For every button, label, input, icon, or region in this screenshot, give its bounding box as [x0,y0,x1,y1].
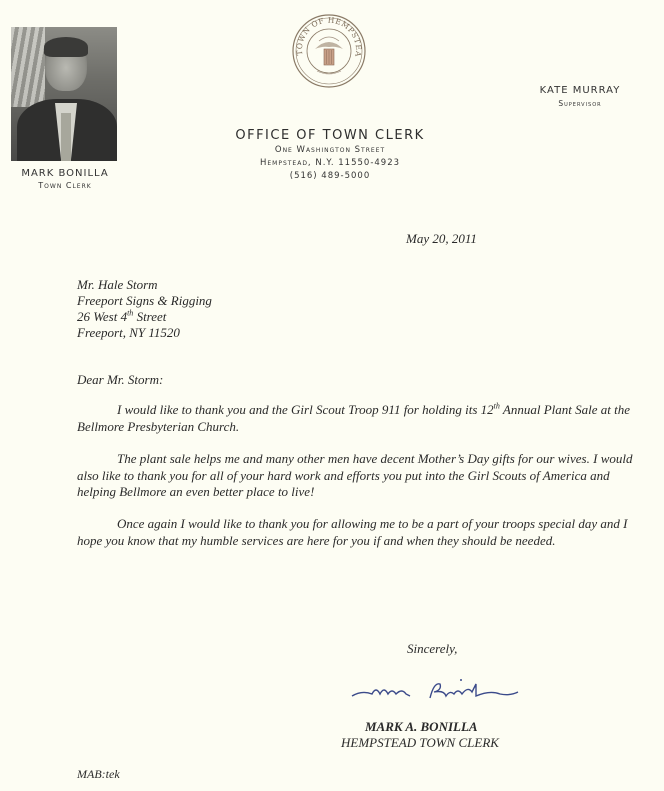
official-title: Town Clerk [0,181,130,190]
handwritten-signature [350,676,520,706]
paragraph-1: I would like to thank you and the Girl S… [77,402,637,435]
supervisor-title: Supervisor [520,99,640,108]
typist-initials: MAB:tek [77,767,120,782]
letter-date: May 20, 2011 [406,231,477,247]
office-street: One Washington Street [200,145,460,155]
salutation: Dear Mr. Storm: [77,372,163,388]
signer-title: HEMPSTEAD TOWN CLERK [341,735,499,751]
signer-name: MARK A. BONILLA [365,719,478,735]
town-seal-icon: TOWN OF HEMPSTEAD N.Y. [291,13,367,89]
supervisor-name: KATE MURRAY [520,85,640,96]
paragraph-2: The plant sale helps me and many other m… [77,451,637,501]
recipient-street: 26 West 4th Street [77,309,212,325]
recipient-address: Mr. Hale Storm Freeport Signs & Rigging … [77,277,212,341]
recipient-company: Freeport Signs & Rigging [77,293,212,309]
recipient-name: Mr. Hale Storm [77,277,212,293]
paragraph-3: Once again I would like to thank you for… [77,516,637,549]
closing: Sincerely, [407,641,457,657]
office-title: OFFICE OF TOWN CLERK [200,128,460,143]
office-phone: (516) 489-5000 [200,171,460,181]
letter-page: MARK BONILLA Town Clerk TOWN OF HEMPSTEA… [0,0,664,791]
official-photo [11,27,117,161]
office-city: Hempstead, N.Y. 11550-4923 [200,158,460,168]
recipient-city: Freeport, NY 11520 [77,325,212,341]
official-name: MARK BONILLA [0,168,130,179]
